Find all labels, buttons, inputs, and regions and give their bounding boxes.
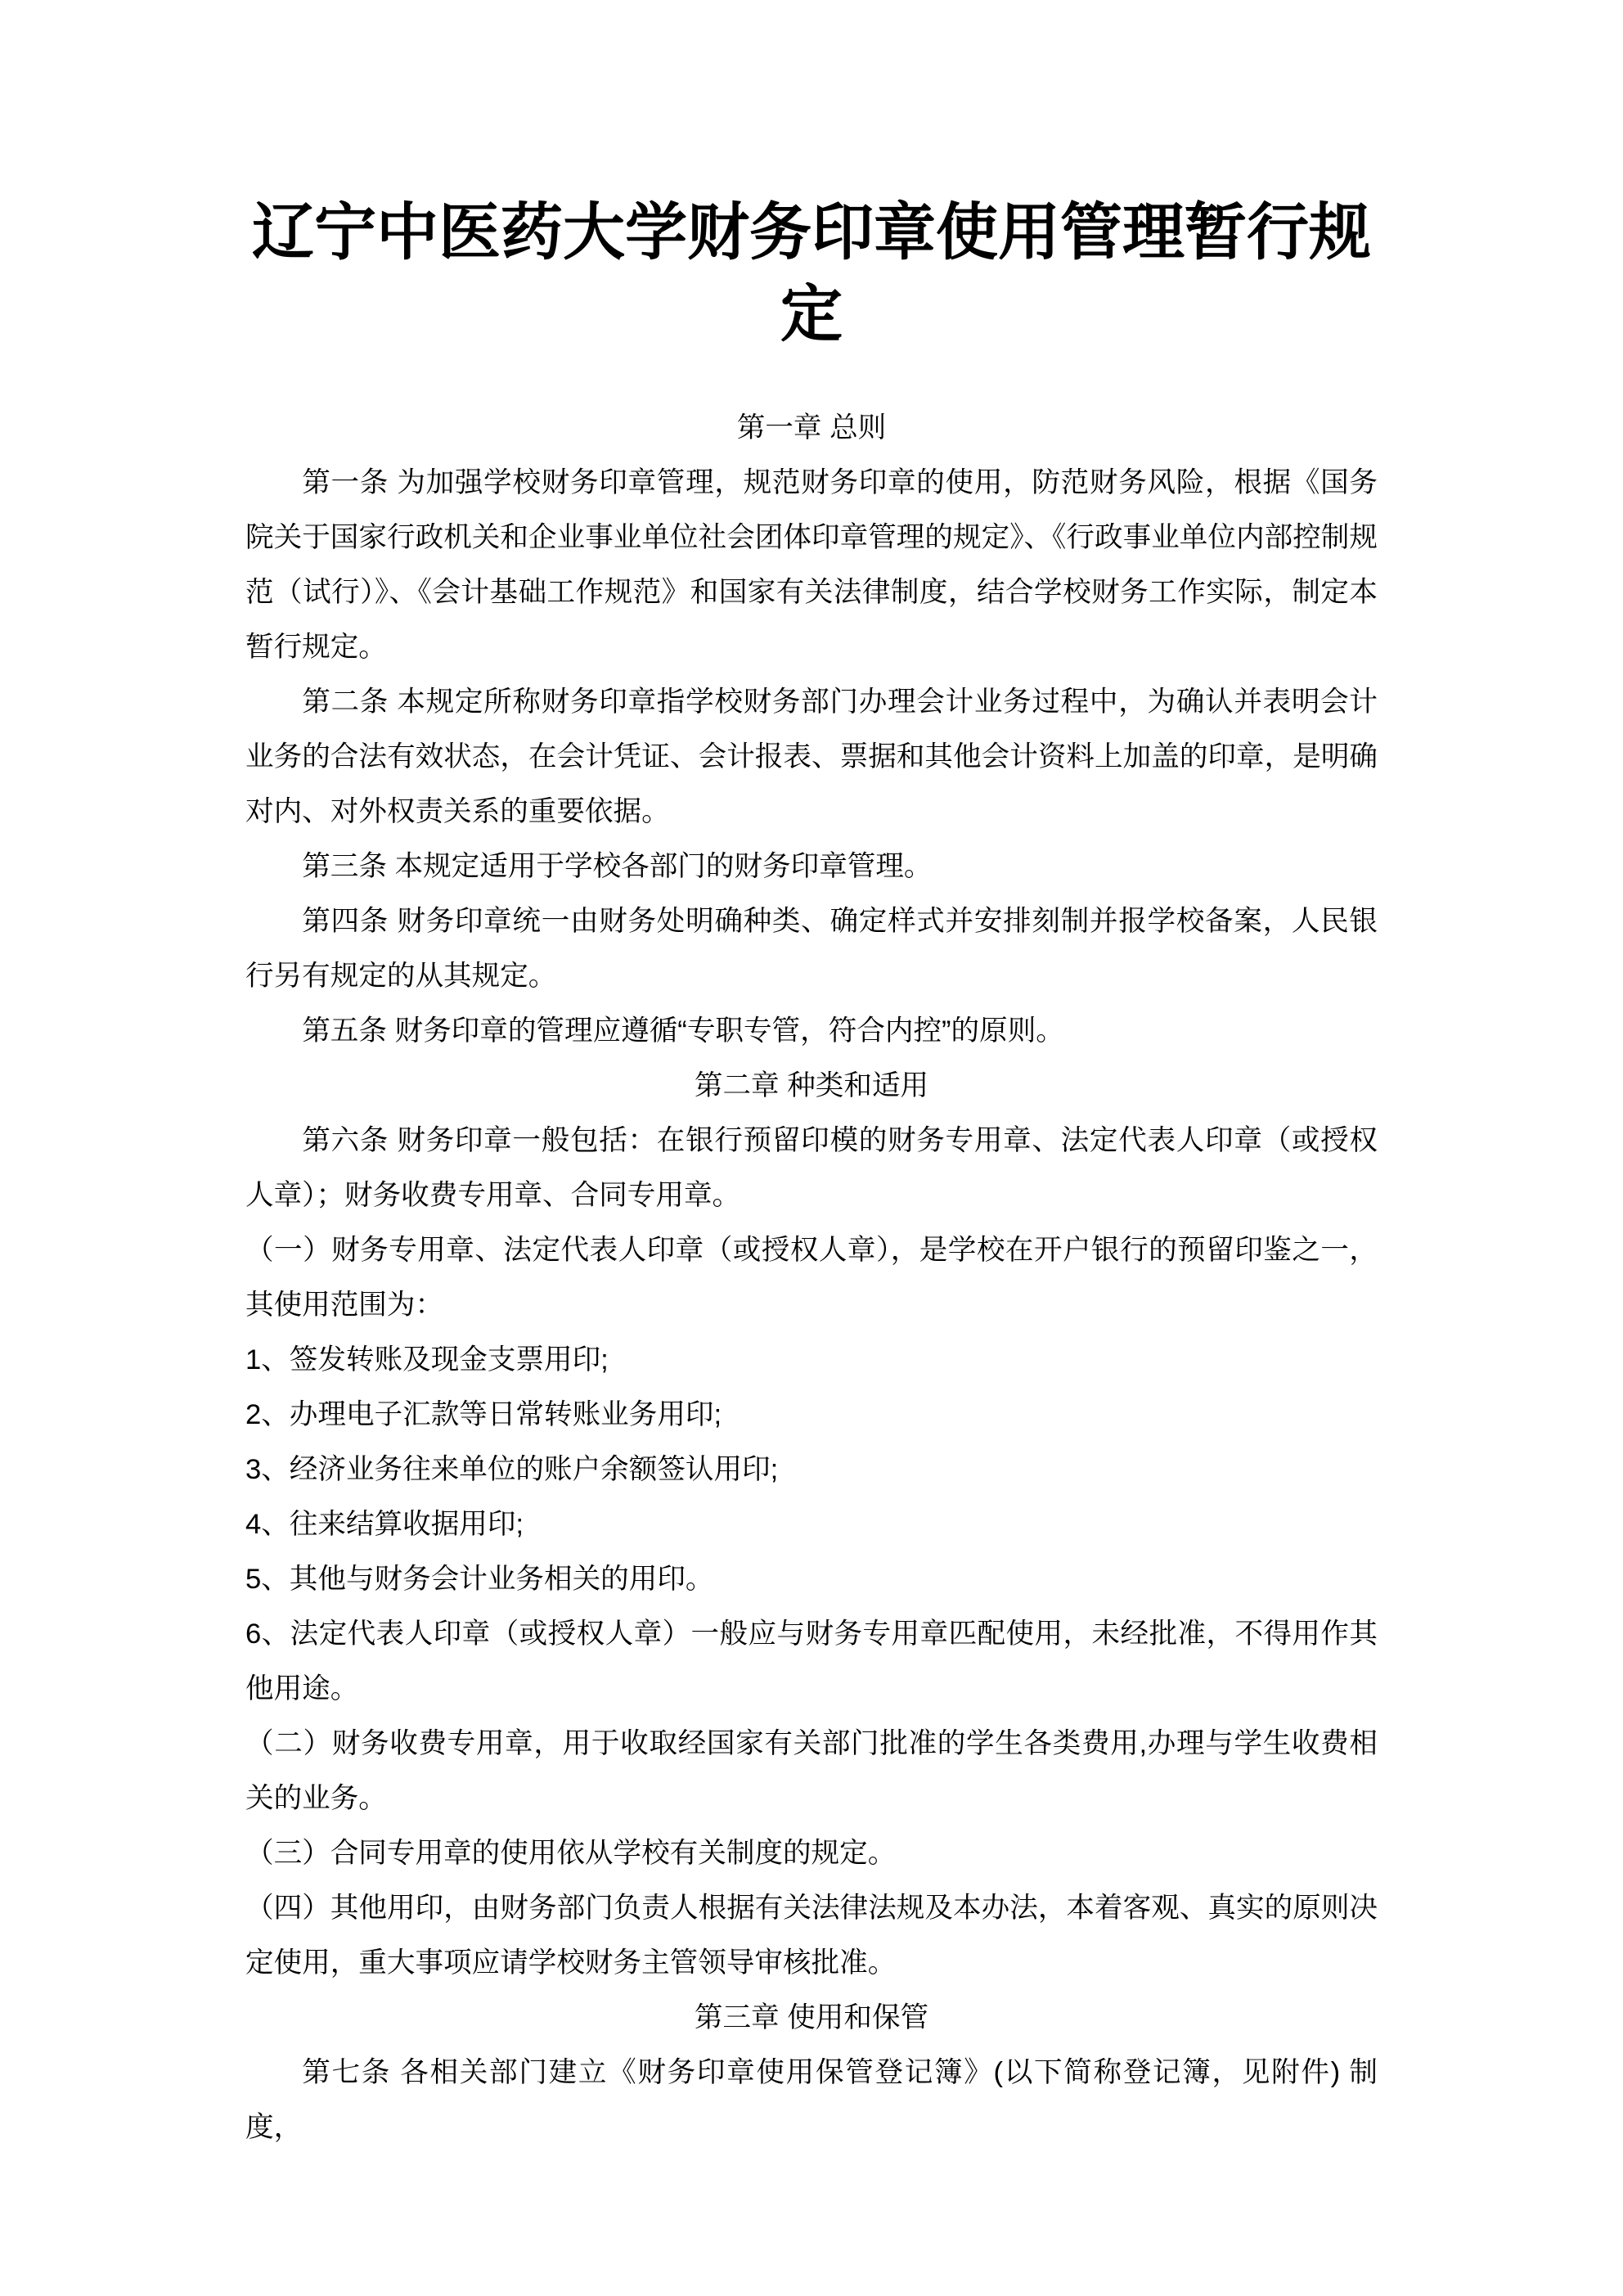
article-2: 第二条 本规定所称财务印章指学校财务部门办理会计业务过程中，为确认并表明会计业务… [245,675,1378,840]
article-7: 第七条 各相关部门建立《财务印章使用保管登记簿》(以下简称登记簿，见附件) 制度… [245,2046,1378,2155]
chapter-1-heading: 第一章 总则 [245,401,1378,456]
sub-item-3: （三）合同专用章的使用依从学校有关制度的规定。 [245,1826,1378,1881]
article-6: 第六条 财务印章一般包括：在银行预留印模的财务专用章、法定代表人印章（或授权人章… [245,1114,1378,1223]
usage-list-item-3: 3、经济业务往来单位的账户余额签认用印; [245,1443,1378,1497]
sub-item-1: （一）财务专用章、法定代表人印章（或授权人章），是学校在开户银行的预留印鉴之一，… [245,1223,1378,1333]
chapter-3-heading: 第三章 使用和保管 [245,1991,1378,2046]
document-title: 辽宁中医药大学财务印章使用管理暂行规定 [245,192,1378,356]
document-page: 辽宁中医药大学财务印章使用管理暂行规定 第一章 总则 第一条 为加强学校财务印章… [0,0,1623,2296]
usage-list-item-6: 6、法定代表人印章（或授权人章）一般应与财务专用章匹配使用，未经批准，不得用作其… [245,1607,1378,1717]
article-3: 第三条 本规定适用于学校各部门的财务印章管理。 [245,840,1378,894]
usage-list-item-2: 2、办理电子汇款等日常转账业务用印; [245,1388,1378,1443]
sub-item-2: （二）财务收费专用章，用于收取经国家有关部门批准的学生各类费用,办理与学生收费相… [245,1717,1378,1826]
usage-list-item-4: 4、往来结算收据用印; [245,1497,1378,1552]
article-4: 第四条 财务印章统一由财务处明确种类、确定样式并安排刻制并报学校备案，人民银行另… [245,894,1378,1004]
usage-list-item-5: 5、其他与财务会计业务相关的用印。 [245,1552,1378,1607]
chapter-2-heading: 第二章 种类和适用 [245,1059,1378,1114]
article-5: 第五条 财务印章的管理应遵循“专职专管，符合内控”的原则。 [245,1004,1378,1059]
article-1: 第一条 为加强学校财务印章管理，规范财务印章的使用，防范财务风险，根据《国务院关… [245,456,1378,675]
usage-list-item-1: 1、签发转账及现金支票用印; [245,1333,1378,1388]
sub-item-4: （四）其他用印，由财务部门负责人根据有关法律法规及本办法，本着客观、真实的原则决… [245,1881,1378,1991]
